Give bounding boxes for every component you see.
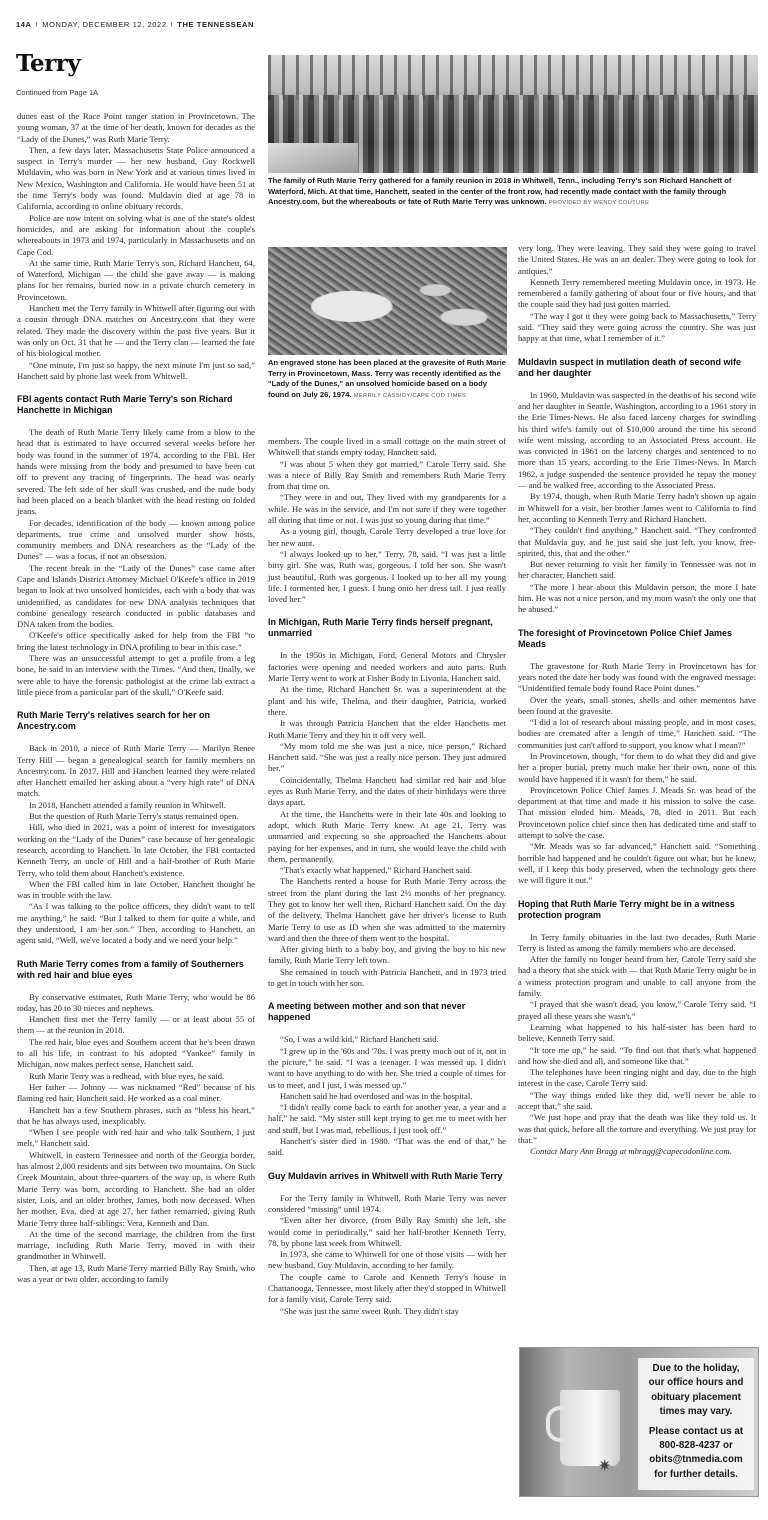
paragraph: “Even after her divorce, (from Billy Ray… xyxy=(268,1215,506,1249)
section-subhead: Guy Muldavin arrives in Whitwell with Ru… xyxy=(268,1171,506,1182)
paragraph: “When I see people with red hair and who… xyxy=(17,1127,255,1150)
section-subhead: FBI agents contact Ruth Marie Terry's so… xyxy=(17,394,255,416)
paragraph: Back in 2010, a niece of Ruth Marie Terr… xyxy=(17,743,255,799)
paragraph: “Mr. Meads was so far advanced,” Hanchet… xyxy=(518,841,756,886)
paragraph: “That's exactly what happened,” Richard … xyxy=(268,865,506,876)
author-contact: Contact Mary Ann Bragg at mbragg@capecod… xyxy=(518,1146,756,1157)
paragraph: In Provincetown, though, “for them to do… xyxy=(518,751,756,785)
folio-separator: I xyxy=(36,20,39,29)
paragraph: At the same time, Ruth Marie Terry's son… xyxy=(17,258,255,303)
section-subhead: Ruth Marie Terry's relatives search for … xyxy=(17,710,255,732)
paragraph: At the time of the second marriage, the … xyxy=(17,1229,255,1263)
paragraph: very long. They were leaving. They said … xyxy=(518,243,756,277)
paragraph: O'Keefe's office specifically asked for … xyxy=(17,630,255,653)
paragraph: By 1974, though, when Ruth Marie Terry h… xyxy=(518,491,756,525)
paragraph: “I was about 5 when they got married,” C… xyxy=(268,459,506,493)
paragraph: “As I was talking to the police officers… xyxy=(17,901,255,946)
notice-line: Due to the holiday, xyxy=(638,1362,754,1376)
paragraph: “It tore me up,” he said. “To find out t… xyxy=(518,1045,756,1068)
photo-credit: MERRILY CASSIDY/CAPE COD TIMES xyxy=(354,393,466,399)
paragraph: Hanchett's sister died in 1980. “That wa… xyxy=(268,1136,506,1159)
paragraph: In the 1950s in Michigan, Ford, General … xyxy=(268,650,506,684)
paragraph: “We just hope and pray that the death wa… xyxy=(518,1112,756,1146)
paragraph: “One minute, I'm just so happy, the next… xyxy=(17,360,255,383)
paragraph: At the time, Richard Hanchett Sr. was a … xyxy=(268,684,506,718)
paragraph: But the question of Ruth Marie Terry's s… xyxy=(17,811,255,822)
paragraph: There was an unsuccessful attempt to get… xyxy=(17,653,255,698)
article-headline: Terry xyxy=(16,50,80,77)
notice-text-box: Due to the holiday, our office hours and… xyxy=(638,1358,754,1490)
family-reunion-photo xyxy=(268,55,758,173)
section-subhead: Muldavin suspect in mutilation death of … xyxy=(518,357,756,379)
article-column-3: very long. They were leaving. They said … xyxy=(518,243,756,1157)
section-subhead: In Michigan, Ruth Marie Terry finds hers… xyxy=(268,617,506,639)
paragraph: In 2018, Hanchett attended a family reun… xyxy=(17,800,255,811)
caption-text: The family of Ruth Marie Terry gathered … xyxy=(268,176,731,206)
paragraph: After giving birth to a baby boy, and gi… xyxy=(268,944,506,967)
page-number: 14A xyxy=(16,20,32,29)
trees-background xyxy=(268,55,758,100)
photo-caption: The family of Ruth Marie Terry gathered … xyxy=(268,176,758,209)
paragraph: Over the years, small stones, shells and… xyxy=(518,695,756,718)
paragraph: Hill, who died in 2021, was a point of i… xyxy=(17,822,255,878)
paragraph: “I prayed that she wasn't dead, you know… xyxy=(518,999,756,1022)
paragraph: By conservative estimates, Ruth Marie Te… xyxy=(17,992,255,1015)
paragraph: The red hair, blue eyes and Southern acc… xyxy=(17,1037,255,1071)
paragraph: Hanchett met the Terry family in Whitwel… xyxy=(17,303,255,359)
paragraph: “The way I got it they were going back t… xyxy=(518,311,756,345)
coffee-mug-icon xyxy=(560,1390,620,1466)
article-column-2: members. The couple lived in a small cot… xyxy=(268,436,506,1317)
paragraph: In Terry family obituaries in the last t… xyxy=(518,932,756,955)
paragraph: For decades, identification of the body … xyxy=(17,518,255,563)
paragraph: The Hanchetts rented a house for Ruth Ma… xyxy=(268,876,506,944)
notice-line: for further details. xyxy=(638,1468,754,1482)
paragraph: The recent break in the “Lady of the Dun… xyxy=(17,563,255,631)
paragraph: Hanchett has a few Southern phrases, suc… xyxy=(17,1105,255,1128)
paragraph: “The way things ended like they did, we'… xyxy=(518,1090,756,1113)
paragraph: Her father — Johnny — was nicknamed “Red… xyxy=(17,1082,255,1105)
paragraph: “I grew up in the '60s and '70s. I was p… xyxy=(268,1046,506,1091)
paragraph: “She was just the same sweet Ruth. They … xyxy=(268,1306,506,1317)
paragraph: “I always looked up to her,” Terry, 78, … xyxy=(268,549,506,605)
paragraph: “I didn't really come back to earth for … xyxy=(268,1102,506,1136)
paragraph: The gravestone for Ruth Marie Terry in P… xyxy=(518,661,756,695)
notice-line: times may vary. xyxy=(638,1405,754,1419)
paragraph: Hanchett first met the Terry family — or… xyxy=(17,1014,255,1037)
bench-rail xyxy=(268,143,358,173)
paragraph: Coincidentally, Thelma Hanchett had simi… xyxy=(268,775,506,809)
paragraph: Hanchett said he had overdosed and was i… xyxy=(268,1091,506,1102)
section-subhead: Ruth Marie Terry comes from a family of … xyxy=(17,959,255,981)
paragraph: At the time, the Hanchetts were in their… xyxy=(268,809,506,865)
contact-phone: 800-828-4237 or xyxy=(638,1439,754,1453)
paragraph: Then, a few days later, Massachusetts St… xyxy=(17,145,255,213)
section-subhead: A meeting between mother and son that ne… xyxy=(268,1001,506,1023)
paragraph: “I did a lot of research about missing p… xyxy=(518,717,756,751)
contact-email: obits@tnmedia.com xyxy=(638,1453,754,1467)
paragraph: Ruth Marie Terry was a redhead, with blu… xyxy=(17,1071,255,1082)
paragraph: When the FBI called him in late October,… xyxy=(17,879,255,902)
paragraph: As a young girl, though, Carole Terry de… xyxy=(268,526,506,549)
issue-date: MONDAY, DECEMBER 12, 2022 xyxy=(42,20,166,29)
paragraph: For the Terry family in Whitwell, Ruth M… xyxy=(268,1193,506,1216)
paragraph: “My mom told me she was just a nice, nic… xyxy=(268,741,506,775)
paragraph: Provincetown Police Chief James J. Meads… xyxy=(518,785,756,841)
paragraph: The death of Ruth Marie Terry likely cam… xyxy=(17,427,255,517)
paragraph: “They couldn't find anything,” Hanchett … xyxy=(518,525,756,559)
paragraph: In 1960, Muldavin was suspected in the d… xyxy=(518,390,756,492)
section-subhead: Hoping that Ruth Marie Terry might be in… xyxy=(518,899,756,921)
folio-separator: I xyxy=(171,20,174,29)
paragraph: “So, I was a wild kid,” Richard Hanchett… xyxy=(268,1034,506,1045)
photo-caption: An engraved stone has been placed at the… xyxy=(268,358,507,401)
photo-credit: PROVIDED BY WENDY COUTURE xyxy=(549,200,649,206)
paragraph: After the family no longer heard from he… xyxy=(518,954,756,999)
paragraph: “The more I hear about this Muldavin per… xyxy=(518,582,756,616)
star-anise-icon: ✷ xyxy=(598,1456,611,1476)
page-folio: 14AIMONDAY, DECEMBER 12, 2022ITHE TENNES… xyxy=(16,20,254,29)
paragraph: Police are now intent on solving what is… xyxy=(17,213,255,258)
paragraph: Whitwell, in eastern Tennessee and north… xyxy=(17,1150,255,1229)
holiday-notice-ad: ✷ Due to the holiday, our office hours a… xyxy=(519,1347,759,1497)
paragraph: She remained in touch with Patricia Hanc… xyxy=(268,967,506,990)
paragraph: members. The couple lived in a small cot… xyxy=(268,436,506,459)
paragraph: But never returning to visit her family … xyxy=(518,559,756,582)
notice-line: obituary placement xyxy=(638,1391,754,1405)
jump-line: Continued from Page 1A xyxy=(16,88,98,97)
paragraph: “They were in and out. They lived with m… xyxy=(268,492,506,526)
notice-line: Please contact us at xyxy=(638,1425,754,1439)
paragraph: Learning what happened to his half-siste… xyxy=(518,1022,756,1045)
paragraph: dunes east of the Race Point ranger stat… xyxy=(17,111,255,145)
paragraph: Kenneth Terry remembered meeting Muldavi… xyxy=(518,277,756,311)
paragraph: The couple came to Carole and Kenneth Te… xyxy=(268,1272,506,1306)
article-column-1: dunes east of the Race Point ranger stat… xyxy=(17,111,255,1285)
newspaper-name: THE TENNESSEAN xyxy=(177,20,254,29)
notice-line: our office hours and xyxy=(638,1376,754,1390)
paragraph: In 1973, she came to Whitwell for one of… xyxy=(268,1249,506,1272)
paragraph: The telephones have been ringing night a… xyxy=(518,1067,756,1090)
paragraph: Then, at age 13, Ruth Marie Terry marrie… xyxy=(17,1263,255,1286)
gravestone-photo xyxy=(268,247,507,355)
section-subhead: The foresight of Provincetown Police Chi… xyxy=(518,628,756,650)
paragraph: It was through Patricia Hanchett that th… xyxy=(268,718,506,741)
